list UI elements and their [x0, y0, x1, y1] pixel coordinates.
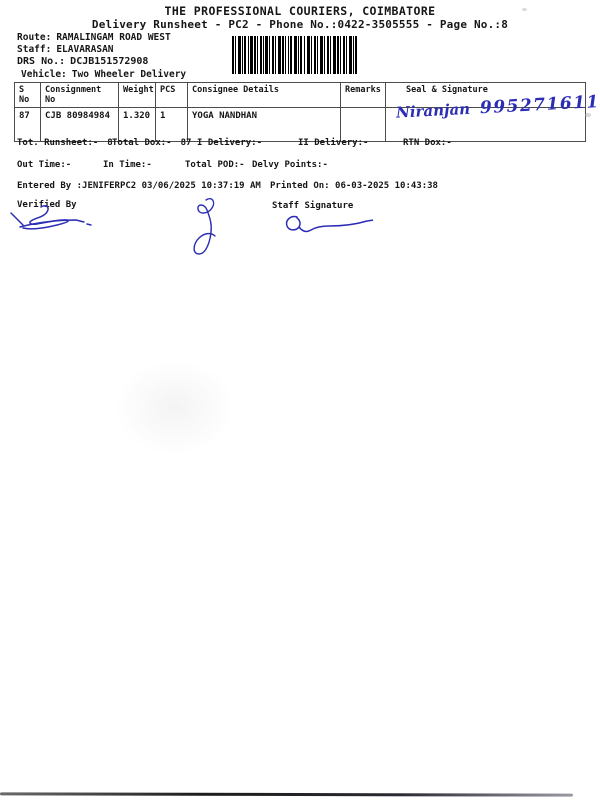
out-time-label: Out Time:- [17, 160, 71, 170]
pen-loop-mark [182, 196, 222, 258]
staff-line: Staff:ELAVARASAN [17, 44, 114, 55]
table-header-cell: Consignment No [41, 83, 119, 108]
drs-line: DRS No.:DCJB151572908 [17, 56, 148, 67]
vehicle-label: Vehicle: [21, 69, 67, 80]
cell-remarks [341, 108, 386, 142]
scan-smudge [115, 360, 235, 455]
staff-signature-scribble [281, 209, 373, 235]
verified-by-signature-scribble [8, 203, 92, 233]
cell-consignee-details: YOGA NANDHAN [188, 108, 341, 142]
staff-value: ELAVARASAN [56, 44, 113, 55]
total-dox-label: Total Dox:- [112, 138, 172, 148]
in-time-label: In Time:- [103, 160, 152, 170]
total-dox: Total Dox:-87 [112, 138, 191, 148]
vehicle-line: Vehicle:Two Wheeler Delivery [21, 69, 186, 80]
cell-s-no: 87 [15, 108, 41, 142]
table-header-cell: Remarks [341, 83, 386, 108]
consignee-signature-name: Niranjan [396, 100, 471, 122]
tot-runsheet-label: Tot. Runsheet:- [17, 138, 98, 148]
route-line: Route:RAMALINGAM ROAD WEST [17, 32, 171, 43]
scan-speck [522, 8, 527, 11]
barcode [232, 36, 358, 74]
tot-runsheet: Tot. Runsheet:-8 [17, 138, 113, 148]
delvy-points-label: Delvy Points:- [252, 160, 328, 170]
scan-speck [585, 113, 591, 117]
page-subtitle: Delivery Runsheet - PC2 - Phone No.:0422… [0, 18, 600, 31]
total-pod-label: Total POD:- [185, 160, 245, 170]
page-bottom-edge [0, 792, 573, 796]
table-header-cell: S No [15, 83, 41, 108]
table-header-cell: Weight [119, 83, 156, 108]
staff-label: Staff: [17, 44, 51, 55]
i-delivery-label: I Delivery:- [197, 138, 262, 148]
printed-on-line: Printed On: 06-03-2025 10:43:38 [270, 181, 438, 191]
cell-weight: 1.320 [119, 108, 156, 142]
drs-value: DCJB151572908 [70, 56, 148, 67]
table-header-cell: Consignee Details [188, 83, 341, 108]
rtn-dox-label: RTN Dox:- [403, 138, 452, 148]
drs-label: DRS No.: [17, 56, 65, 67]
page-title: THE PROFESSIONAL COURIERS, COIMBATORE [0, 4, 600, 18]
table-header-cell: PCS [156, 83, 188, 108]
cell-consignment-no: CJB 80984984 [41, 108, 119, 142]
vehicle-value: Two Wheeler Delivery [72, 69, 186, 80]
total-dox-value: 87 [181, 138, 192, 148]
route-label: Route: [17, 32, 51, 43]
entered-by-line: Entered By :JENIFERPC2 03/06/2025 10:37:… [17, 181, 261, 191]
cell-pcs: 1 [156, 108, 188, 142]
ii-delivery-label: II Delivery:- [298, 138, 368, 148]
route-value: RAMALINGAM ROAD WEST [56, 32, 170, 43]
